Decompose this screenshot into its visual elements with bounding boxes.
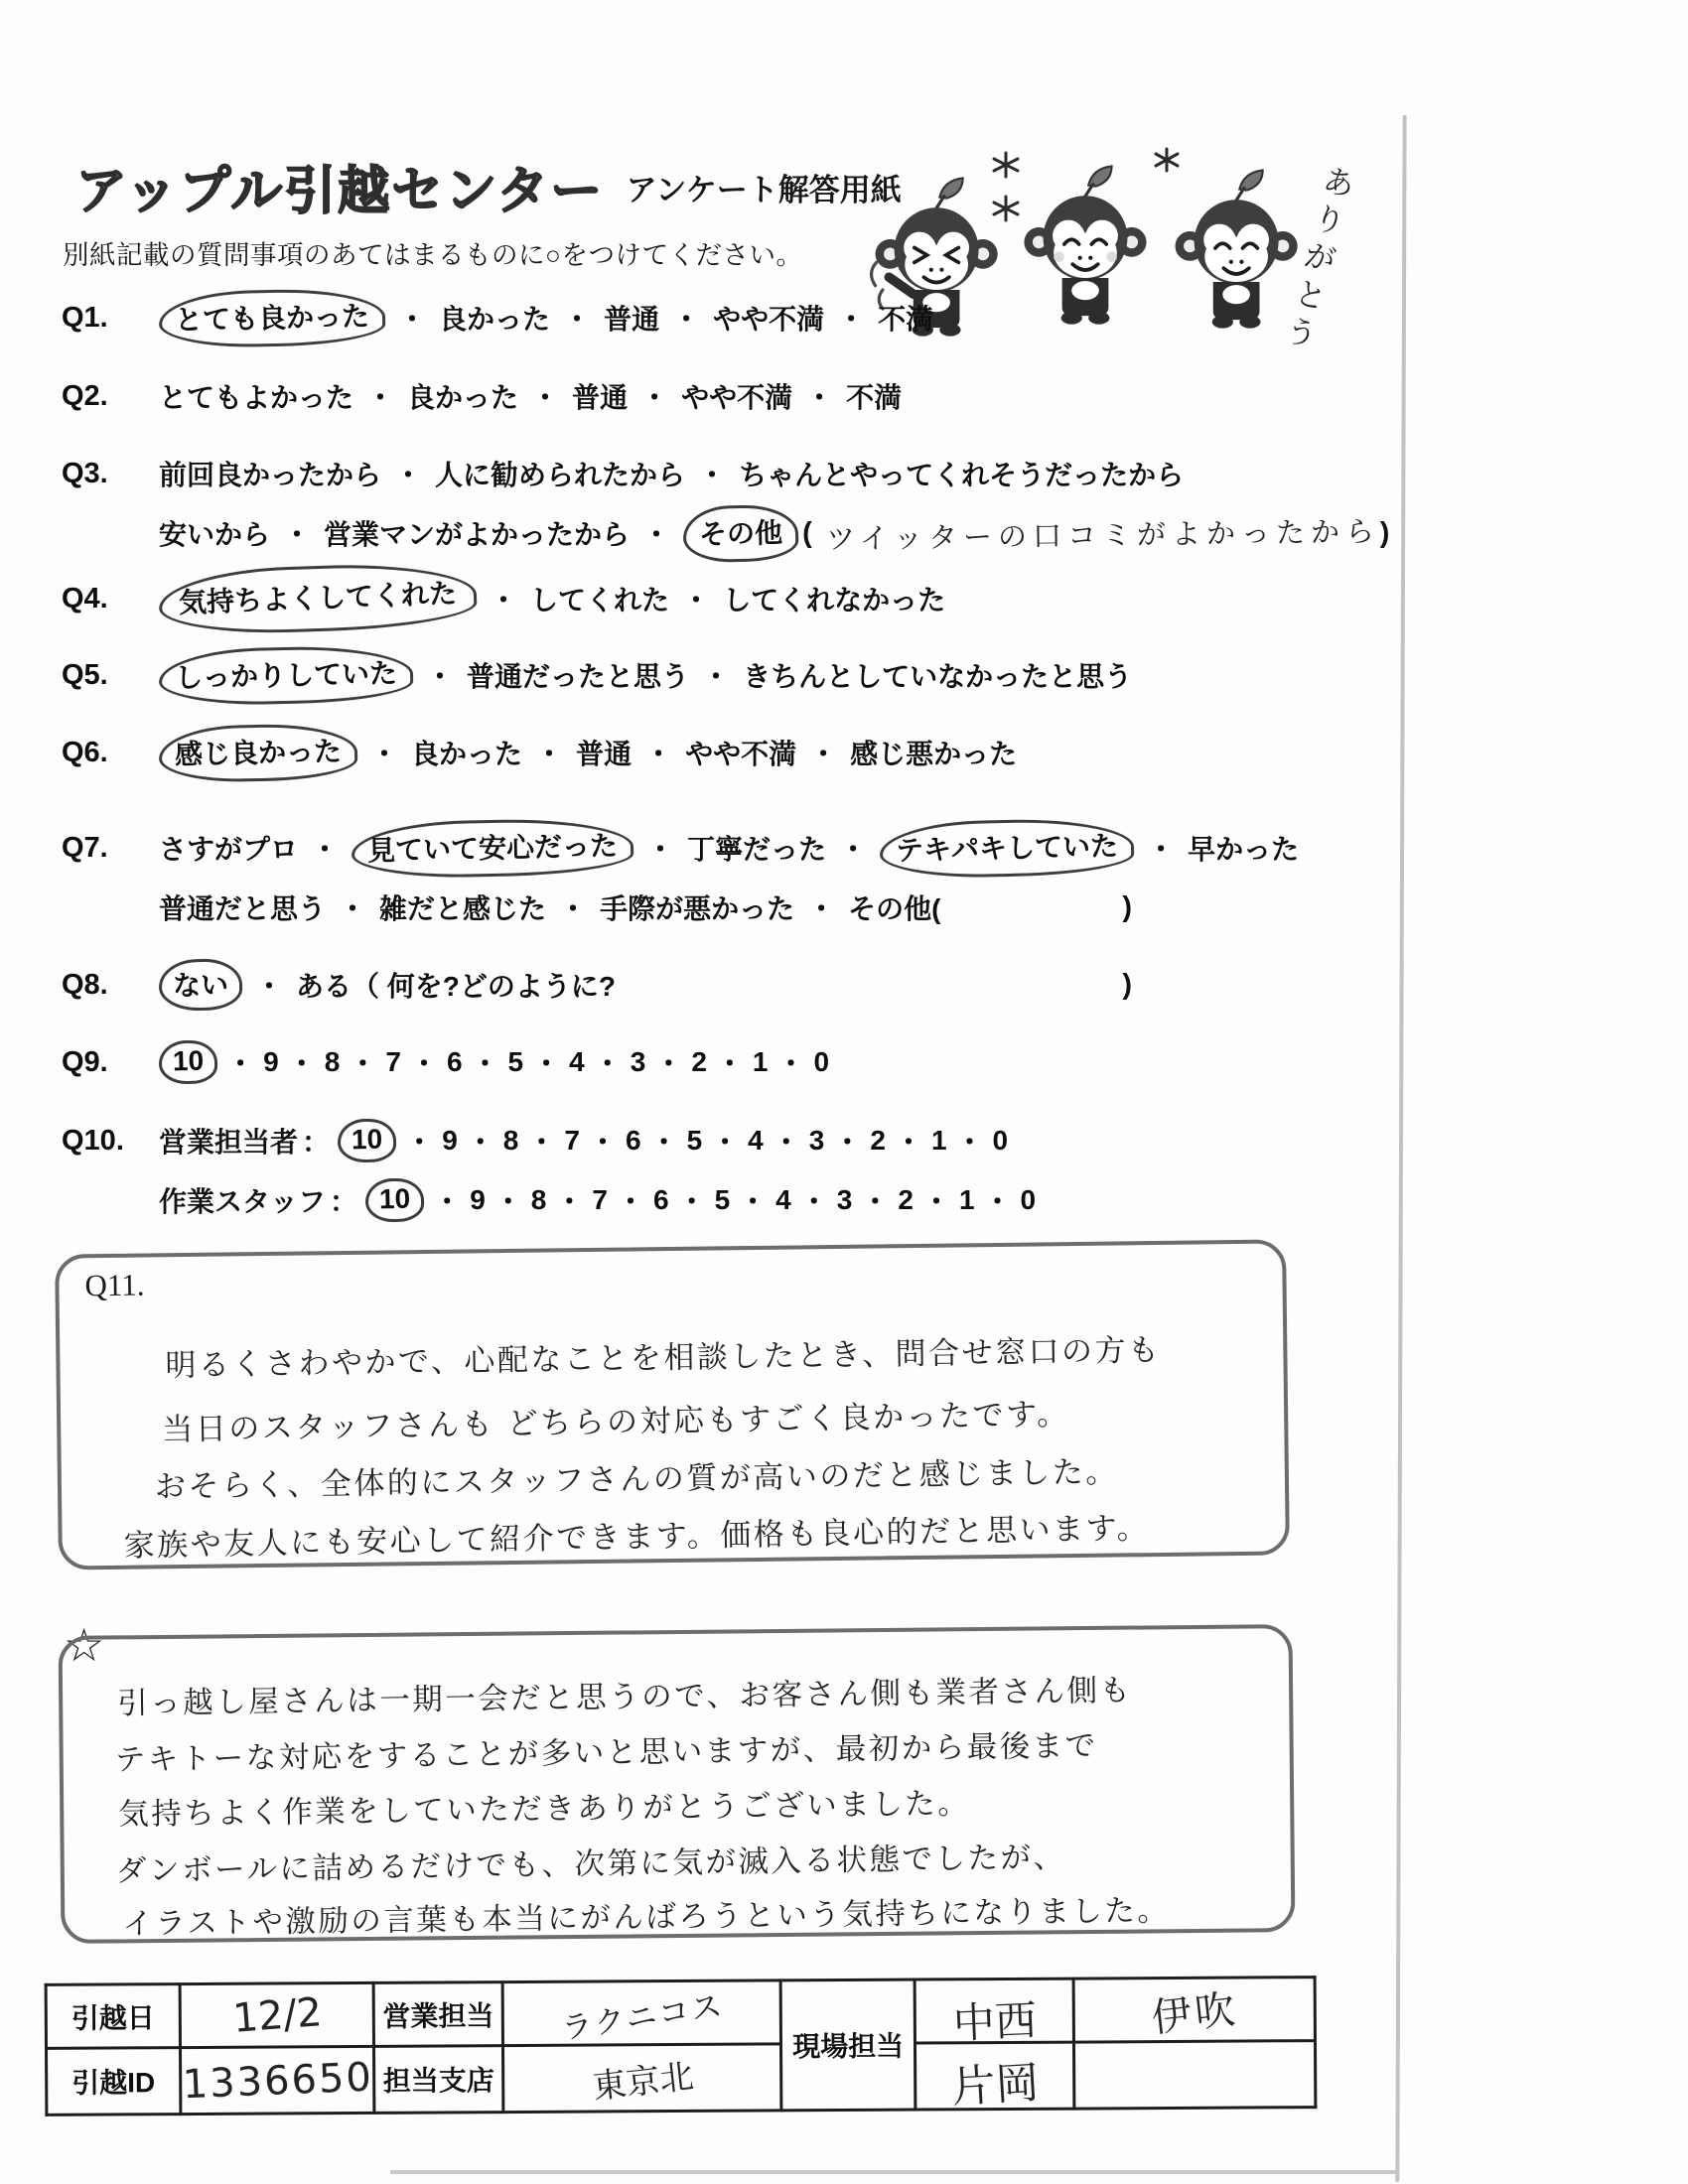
q10-sub-sales: 営業担当者 <box>159 1121 298 1160</box>
question-5: Q5. しっかりしていた 普通だったと思う きちんとしていなかったと思う <box>62 648 1132 702</box>
q8-option-0: ない <box>159 959 242 1011</box>
q2-option-0: とてもよかった <box>159 376 353 416</box>
q10-sales-score-1: 1 <box>886 1121 947 1160</box>
circled-answer: その他 <box>682 503 798 562</box>
question-10: Q10. 営業担当者 ： 10 9 8 7 6 5 4 3 2 1 0 作業スタ… <box>62 1114 1036 1227</box>
q10-sales-score-6: 6 <box>580 1121 641 1160</box>
q10-sales-score-8: 8 <box>458 1121 519 1160</box>
circled-answer: ない <box>158 958 242 1012</box>
move-date-value: 12/2 <box>178 1977 375 2055</box>
q7-option-4: 早かった <box>1134 828 1299 868</box>
q5-option-0: しっかりしていた <box>159 647 413 704</box>
q10-staff-score-8: 8 <box>486 1180 547 1220</box>
q10-sales-score-10: 10 <box>338 1119 396 1162</box>
q1-option-2: 普通 <box>550 298 659 338</box>
q10-sales-score-4: 4 <box>702 1121 764 1160</box>
q11-handwritten-line: 当日のスタッフさんも どちらの対応もすごく良かったです。 <box>162 1389 1070 1449</box>
branch-label: 担当支店 <box>374 2046 503 2114</box>
page-edge-bottom <box>390 2170 1397 2174</box>
q9-score-6: 6 <box>401 1042 463 1082</box>
q1-option-0: とても良かった <box>159 290 385 346</box>
question-5-label: Q5. <box>62 659 159 692</box>
q9-score-9: 9 <box>217 1042 279 1082</box>
sales-rep-label: 営業担当 <box>373 1982 502 2047</box>
circled-answer: 見ていて安心だった <box>351 817 633 880</box>
q9-score-8: 8 <box>279 1042 341 1082</box>
star-comment-box: 引っ越し屋さんは一期一会だと思うので、お客さん側も業者さん側も テキトーな対応を… <box>59 1624 1296 1944</box>
q10-staff-score-2: 2 <box>852 1180 914 1220</box>
q9-score-0: 0 <box>769 1042 830 1082</box>
q10-staff-score-4: 4 <box>730 1180 791 1220</box>
q10-staff-score-3: 3 <box>791 1180 853 1220</box>
q9-score-7: 7 <box>340 1042 401 1082</box>
q1-option-1: 良かった <box>385 298 550 338</box>
question-6-label: Q6. <box>62 737 159 769</box>
q3-option-4: 営業マンがよかったから <box>270 513 630 553</box>
q3-handwritten-answer: ツイッターの口コミがよかったから <box>825 509 1380 558</box>
circled-answer: テキパキしていた <box>880 817 1135 879</box>
question-4: Q4. 気持ちよくしてくれた してくれた してくれなかった <box>62 572 945 625</box>
q10-sub-staff: 作業スタッフ <box>159 1180 326 1220</box>
question-7: Q7. さすがプロ 見ていて安心だった 丁寧だった テキパキしていた 早かった … <box>62 821 1299 934</box>
q4-option-2: してくれなかった <box>669 579 945 618</box>
company-logo-title: アップル引越センター <box>75 149 604 223</box>
q10-staff-score-10: 10 <box>365 1178 424 1222</box>
site-crew-label: 現場担当 <box>780 1979 915 2111</box>
question-8-label: Q8. <box>62 969 159 1002</box>
q6-option-0: 感じ良かった <box>159 725 357 781</box>
move-date-label: 引越日 <box>46 1984 180 2049</box>
q2-option-4: 不満 <box>792 376 902 416</box>
question-2: Q2. とてもよかった 良かった 普通 やや不満 不満 <box>62 369 902 423</box>
q7-option-6: 雑だと感じた <box>326 887 546 927</box>
star-handwritten-line: 気持ちよく作業をしていただきありがとうございました。 <box>118 1779 971 1834</box>
move-id-value: 1336650 <box>179 2043 375 2117</box>
q4-option-0: 気持ちよくしてくれた <box>159 566 477 631</box>
site-crew-name-2: 片岡 <box>914 2042 1076 2117</box>
q1-option-4: 不満 <box>824 298 933 338</box>
question-6: Q6. 感じ良かった 良かった 普通 やや不満 感じ悪かった <box>62 726 1017 779</box>
question-9-label: Q9. <box>62 1046 159 1079</box>
question-7-label: Q7. <box>62 832 159 865</box>
star-handwritten-line: ダンボールに詰めるだけでも、次第に気が滅入る状態でしたが、 <box>115 1833 1065 1890</box>
star-handwritten-line: イラストや激励の言葉も本当にがんばろうという気持ちになりました。 <box>122 1885 1171 1943</box>
q5-option-2: きちんとしていなかったと思う <box>689 655 1132 695</box>
q3-option-0: 前回良かったから <box>159 454 381 493</box>
circled-answer: 10 <box>365 1177 425 1222</box>
question-11-label: Q11. <box>84 1267 144 1303</box>
close-paren: ) <box>1122 891 1132 924</box>
q7-option-7: 手際が悪かった <box>546 887 794 927</box>
q11-handwritten-line: 明るくさわやかで、心配なことを相談したとき、問合せ窓口の方も <box>165 1324 1162 1385</box>
q10-sales-score-0: 0 <box>947 1121 1009 1160</box>
q11-comment-box: Q11. 明るくさわやかで、心配なことを相談したとき、問合せ窓口の方も 当日のス… <box>55 1239 1290 1570</box>
q10-staff-score-7: 7 <box>546 1180 608 1220</box>
q2-option-2: 普通 <box>518 376 628 416</box>
q10-sales-score-7: 7 <box>518 1121 580 1160</box>
q3-option-1: 人に勧められたから <box>381 454 685 493</box>
q7-option-other: その他( <box>794 887 940 927</box>
q7-option-1: 見ていて安心だった <box>298 820 633 877</box>
q7-option-0: さすがプロ <box>159 828 298 868</box>
q10-staff-score-5: 5 <box>669 1180 731 1220</box>
star-handwritten-line: テキトーな対応をすることが多いと思いますが、最初から最後まで <box>114 1720 1098 1779</box>
page-edge-vertical <box>1395 115 1406 2182</box>
move-id-label: 引越ID <box>47 2048 181 2116</box>
q7-option-2: 丁寧だった <box>633 828 826 868</box>
q5-option-1: 普通だったと思う <box>413 655 689 695</box>
q10-staff-score-0: 0 <box>975 1180 1037 1220</box>
colon: ： <box>330 1180 357 1220</box>
q9-score-10: 10 <box>159 1040 217 1084</box>
question-1: Q1. とても良かった 良かった 普通 やや不満 不満 <box>62 291 933 344</box>
monkey-mascot-icon <box>1017 159 1154 330</box>
question-3: Q3. 前回良かったから 人に勧められたから ちゃんとやってくれそうだったから … <box>62 447 1184 560</box>
q8-option-1: ある（ 何を?どのように? <box>242 965 616 1005</box>
question-2-label: Q2. <box>62 380 159 413</box>
circled-answer: 10 <box>159 1039 218 1084</box>
form-instruction: 別紙記載の質問事項のあてはまるものに○をつけてください。 <box>63 233 803 272</box>
q7-option-5: 普通だと思う <box>159 887 326 927</box>
question-1-label: Q1. <box>62 302 159 335</box>
q9-score-4: 4 <box>523 1042 585 1082</box>
q6-option-2: 普通 <box>522 733 632 772</box>
q7-option-3: テキパキしていた <box>826 820 1134 877</box>
q3-option-3: 安いから <box>159 513 270 553</box>
q6-option-4: 感じ悪かった <box>796 733 1017 772</box>
question-9: Q9. 10 9 8 7 6 5 4 3 2 1 0 <box>62 1035 829 1089</box>
q11-handwritten-line: おそらく、全体的にスタッフさんの質が高いのだと感じました。 <box>155 1446 1119 1506</box>
star-handwritten-line: 引っ越し屋さんは一期一会だと思うので、お客さん側も業者さん側も <box>117 1666 1133 1722</box>
circled-answer: とても良かった <box>158 287 385 348</box>
q10-sales-score-5: 5 <box>641 1121 703 1160</box>
circled-answer: 10 <box>338 1118 397 1162</box>
q10-sales-score-2: 2 <box>824 1121 886 1160</box>
q9-score-2: 2 <box>645 1042 707 1082</box>
q10-staff-score-6: 6 <box>608 1180 669 1220</box>
footer-info-table: 引越日 12/2 営業担当 ラクニコス 現場担当 中西 伊吹 引越ID 1336… <box>45 1976 1318 2116</box>
q3-option-other: その他 <box>630 505 798 562</box>
close-paren: ) <box>1380 517 1390 550</box>
q10-sales-score-3: 3 <box>764 1121 825 1160</box>
question-8: Q8. ない ある（ 何を?どのように? ) <box>62 958 1132 1012</box>
question-10-label: Q10. <box>62 1125 159 1158</box>
q11-handwritten-line: 家族や友人にも安心して紹介できます。価格も良心的だと思います。 <box>123 1502 1150 1565</box>
q1-option-3: やや不満 <box>659 298 824 338</box>
q10-staff-score-1: 1 <box>914 1180 975 1220</box>
q9-score-3: 3 <box>585 1042 646 1082</box>
circled-answer: しっかりしていた <box>158 644 413 706</box>
colon: ： <box>302 1121 330 1160</box>
form-header: アップル引越センター アンケート解答用紙 <box>75 149 902 223</box>
question-4-label: Q4. <box>62 583 159 615</box>
q4-option-1: してくれた <box>477 579 669 618</box>
q6-option-1: 良かった <box>357 733 522 772</box>
circled-answer: 気持ちよくしてくれた <box>158 560 478 636</box>
q2-option-1: 良かった <box>353 376 518 416</box>
open-paren: ( <box>802 517 812 550</box>
circled-answer: 感じ良かった <box>158 722 357 782</box>
q9-score-5: 5 <box>463 1042 524 1082</box>
q9-score-1: 1 <box>707 1042 769 1082</box>
q10-staff-score-9: 9 <box>424 1180 486 1220</box>
q2-option-3: やや不満 <box>628 376 792 416</box>
question-3-label: Q3. <box>62 458 159 490</box>
q3-option-2: ちゃんとやってくれそうだったから <box>685 454 1184 493</box>
close-paren: ) <box>1122 969 1132 1002</box>
q10-sales-score-9: 9 <box>396 1121 458 1160</box>
mascot-illustration: ありがとう <box>866 157 1342 365</box>
form-subtitle: アンケート解答用紙 <box>627 165 902 209</box>
q6-option-3: やや不満 <box>632 733 796 772</box>
